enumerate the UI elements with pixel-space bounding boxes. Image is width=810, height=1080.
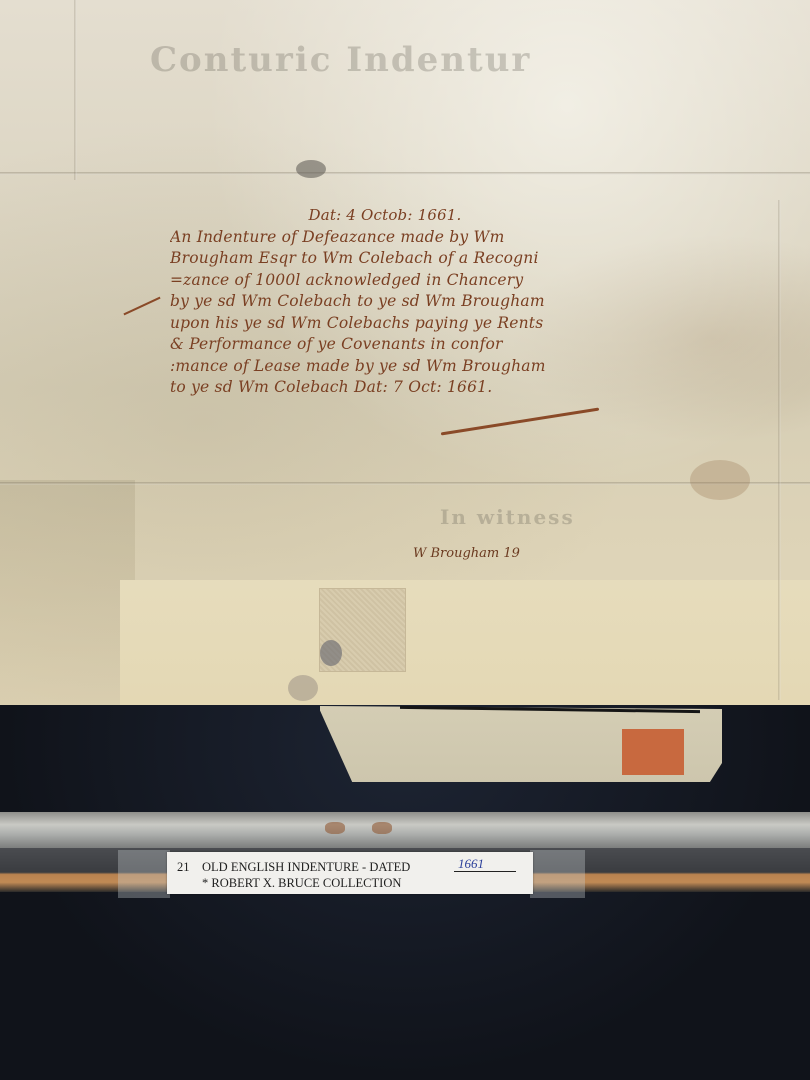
tape: [118, 850, 170, 898]
rust-spot: [372, 822, 392, 834]
fold-crease-vertical: [74, 0, 77, 180]
endorsement-line: Brougham Esqr to Wm Colebach of a Recogn…: [170, 248, 660, 270]
faded-print-lower: In witness: [440, 505, 575, 529]
label-number: 21: [177, 860, 190, 875]
stain: [690, 460, 750, 500]
tape: [530, 850, 585, 898]
endorsement-line: by ye sd Wm Colebach to ye sd Wm Brougha…: [170, 291, 660, 313]
wax-seal: [622, 729, 684, 775]
faded-print-heading: Conturic Indentur: [150, 40, 531, 80]
handwritten-endorsement: Dat: 4 Octob: 1661. An Indenture of Defe…: [170, 205, 660, 399]
frame-rail: [0, 812, 810, 848]
endorsement-line: An Indenture of Defeazance made by Wm: [170, 227, 660, 249]
parchment-lower-panel: [120, 580, 810, 705]
signature: W Brougham 19: [413, 546, 520, 561]
endorsement-line: to ye sd Wm Colebach Dat: 7 Oct: 1661.: [170, 377, 660, 399]
rust-spot: [325, 822, 345, 834]
endorsement-line: & Performance of ye Covenants in confor: [170, 334, 660, 356]
label-dated-value: 1661: [454, 856, 516, 872]
endorsement-line: :mance of Lease made by ye sd Wm Brougha…: [170, 356, 660, 378]
parchment-stain-area: [0, 480, 135, 705]
framed-document-photo: Conturic Indentur In witness Dat: 4 Octo…: [0, 0, 810, 1080]
endorsement-date: Dat: 4 Octob: 1661.: [170, 205, 660, 227]
fold-crease: [0, 482, 810, 485]
stain: [320, 640, 342, 666]
stain: [288, 675, 318, 701]
ink-blot: [296, 160, 326, 178]
endorsement-line: upon his ye sd Wm Colebachs paying ye Re…: [170, 313, 660, 335]
fold-crease: [0, 172, 810, 175]
label-collection: * ROBERT X. BRUCE COLLECTION: [202, 876, 401, 891]
label-title: OLD ENGLISH INDENTURE - DATED: [202, 860, 410, 875]
endorsement-line: =zance of 1000l acknowledged in Chancery: [170, 270, 660, 292]
frame-label: 21 OLD ENGLISH INDENTURE - DATED 1661 * …: [167, 852, 533, 894]
fold-crease-vertical: [778, 200, 781, 700]
